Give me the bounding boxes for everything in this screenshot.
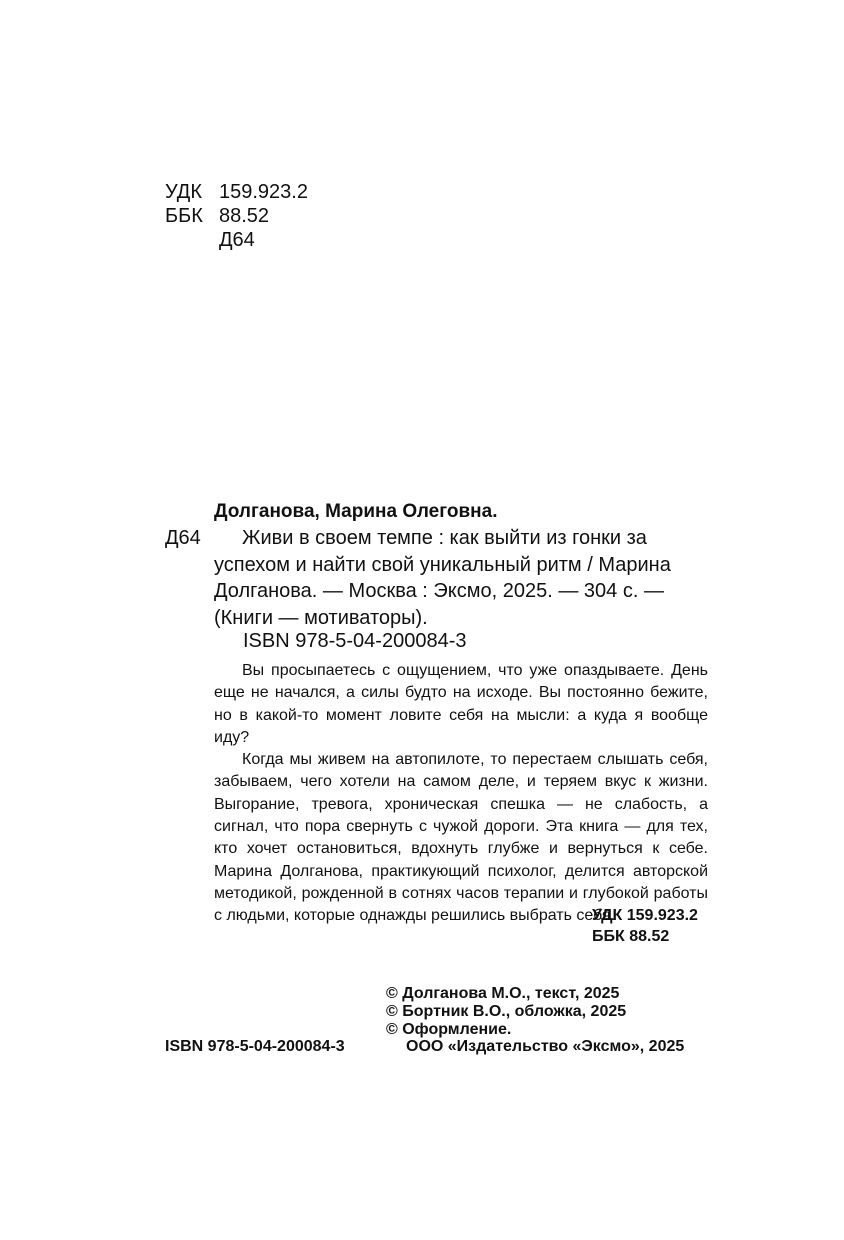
card-isbn: ISBN 978-5-04-200084-3: [243, 628, 466, 654]
author-heading: Долганова, Марина Олеговна.: [214, 500, 498, 524]
annotation-paragraph: Вы просыпаетесь с ощущением, что уже опа…: [214, 660, 708, 749]
udk-label: УДК: [165, 180, 202, 204]
publisher-line: ООО «Издательство «Эксмо», 2025: [406, 1036, 684, 1057]
bottom-udk: УДК 159.923.2: [592, 905, 698, 927]
description-line: Живи в своем темпе : как выйти из гонки …: [214, 525, 708, 552]
bbk-value: 88.52: [219, 204, 269, 228]
bottom-isbn: ISBN 978-5-04-200084-3: [165, 1036, 345, 1057]
bbk-label: ББК: [165, 204, 203, 228]
bottom-bbk: ББК 88.52: [592, 926, 669, 948]
udk-value: 159.923.2: [219, 180, 308, 204]
description-line: успехом и найти свой уникальный ритм / М…: [214, 552, 708, 579]
card-author-mark: Д64: [165, 525, 201, 551]
bibliographic-description: Живи в своем темпе : как выйти из гонки …: [214, 525, 708, 631]
annotation: Вы просыпаетесь с ощущением, что уже опа…: [214, 660, 708, 928]
author-mark: Д64: [219, 228, 255, 252]
description-line: Долганова. — Москва : Эксмо, 2025. — 304…: [214, 578, 708, 605]
annotation-paragraph: Когда мы живем на автопилоте, то переста…: [214, 749, 708, 927]
